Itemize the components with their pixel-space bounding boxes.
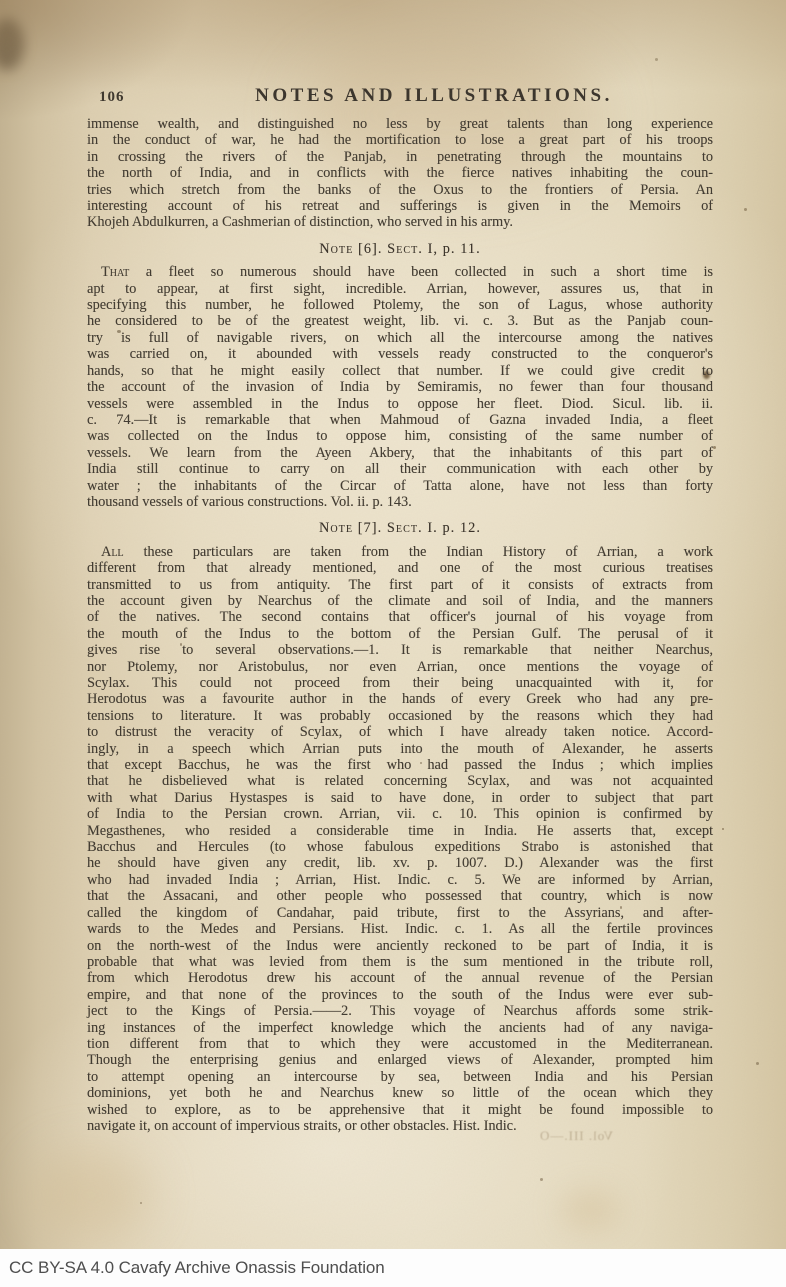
paper-stain	[0, 18, 24, 70]
text-line: Herodotus was a favourite author in the …	[87, 691, 713, 707]
paper-speck	[540, 1178, 543, 1181]
scanned-book-page: 106 NOTES AND ILLUSTRATIONS. immense wea…	[0, 0, 786, 1287]
paper-grain-texture	[0, 0, 786, 1249]
text-line: Bacchus and Hercules (to whose fabulous …	[87, 839, 713, 855]
running-header: NOTES AND ILLUSTRATIONS.	[87, 85, 747, 107]
note-heading-smallcaps: Note [7]. Sect. I.	[319, 520, 438, 536]
text-line: Scylax. This could not proceed from thei…	[87, 675, 713, 691]
text-line: was carried on, it abounded with vessels…	[87, 346, 713, 362]
text-line: India still continue to carry on all the…	[87, 461, 713, 477]
paper-stain	[30, 1150, 150, 1240]
text-line: who had invaded India ; Arrian, Hist. In…	[87, 872, 713, 888]
text-line: to distrust the veracity of Scylax, of w…	[87, 724, 713, 740]
page-text: immense wealth, and distinguished no les…	[87, 116, 713, 1134]
text-line: the account given by Nearchus of the cli…	[87, 593, 713, 609]
text-line: ing instances of the imperfect knowledge…	[87, 1020, 713, 1036]
text-line: Though the enterprising genius and enlar…	[87, 1052, 713, 1068]
text-line: ject to the Kings of Persia.——2. This vo…	[87, 1003, 713, 1019]
text-line: try is full of navigable rivers, on whic…	[87, 330, 713, 346]
paragraph-lead-smallcaps: All	[101, 544, 124, 560]
text-line: wished to explore, as to be apprehensive…	[87, 1102, 713, 1118]
paper-background: 106 NOTES AND ILLUSTRATIONS. immense wea…	[0, 0, 786, 1249]
text-line: in the conduct of war, he had the mortif…	[87, 132, 713, 148]
text-line: apt to appear, at first sight, incredibl…	[87, 281, 713, 297]
text-line: Megasthenes, who resided a considerable …	[87, 823, 713, 839]
paragraph: All these particulars are taken from the…	[87, 544, 713, 1135]
paper-speck	[620, 906, 622, 909]
text-line: vessels were assembled in the Indus to o…	[87, 396, 713, 412]
showthrough-text: Vol. III.—O	[516, 1128, 636, 1144]
text-line: hands, so that he might easily collect t…	[87, 363, 713, 379]
text-line: water ; the inhabitants of the Circar of…	[87, 478, 713, 494]
text-line: probable that what was levied from them …	[87, 954, 713, 970]
paper-stain	[560, 1190, 620, 1230]
paper-stain	[300, 40, 600, 190]
text-line: wards to the Medes and Persians. Hist. I…	[87, 921, 713, 937]
text-line: that he disbelieved what is related conc…	[87, 773, 713, 789]
text-line: empire, and that none of the provinces t…	[87, 987, 713, 1003]
paragraph-lead-smallcaps: That	[101, 264, 129, 280]
paper-speck	[420, 762, 422, 764]
text-line: from which Herodotus drew his account of…	[87, 970, 713, 986]
text-line: All these particulars are taken from the…	[87, 544, 713, 560]
text-line: different from that already mentioned, a…	[87, 560, 713, 576]
text-line: to attempt opening an intercourse by sea…	[87, 1069, 713, 1085]
text-line: c. 74.—It is remarkable that when Mahmou…	[87, 412, 713, 428]
text-line: he should have given any credit, lib. xv…	[87, 855, 713, 871]
paper-speck	[180, 643, 182, 646]
text-line: of the natives. The second contains that…	[87, 609, 713, 625]
text-line: tensions to literature. It was probably …	[87, 708, 713, 724]
note-heading-ref: p. 11.	[438, 241, 481, 257]
note-heading-ref: p. 12.	[438, 520, 481, 536]
text-line: gives rise to several observations.—1. I…	[87, 642, 713, 658]
note-heading-smallcaps: Note [6]. Sect. I,	[319, 241, 438, 257]
license-text: CC BY-SA 4.0 Cavafy Archive Onassis Foun…	[0, 1258, 385, 1278]
text-line: the mouth of the Indus to the bottom of …	[87, 626, 713, 642]
text-line: That a fleet so numerous should have bee…	[87, 264, 713, 280]
note-heading: Note [6]. Sect. I, p. 11.	[87, 241, 713, 257]
text-line: transmitted to us from antiquity. The fi…	[87, 577, 713, 593]
text-line: interesting account of his retreat and s…	[87, 198, 713, 214]
paper-speck	[300, 1024, 303, 1027]
paper-speck	[722, 828, 724, 830]
text-line: that except Bacchus, he was the first wh…	[87, 757, 713, 773]
text-line: immense wealth, and distinguished no les…	[87, 116, 713, 132]
text-line: nor Ptolemy, nor Aristobulus, nor even A…	[87, 659, 713, 675]
text-line: of India to the Persian crown. Arrian, v…	[87, 806, 713, 822]
text-line: was collected on the Indus to oppose him…	[87, 428, 713, 444]
text-line: he considered to be of the greatest weig…	[87, 313, 713, 329]
text-line: navigate it, on account of impervious st…	[87, 1118, 713, 1134]
paper-speck	[655, 58, 658, 61]
text-line: tries which stretch from the banks of th…	[87, 182, 713, 198]
paper-speck	[744, 208, 747, 211]
text-line: that the Assacani, and other people who …	[87, 888, 713, 904]
paper-speck	[756, 1062, 759, 1065]
text-line: the account of the invasion of India by …	[87, 379, 713, 395]
text-line: in crossing the rivers of the Panjab, in…	[87, 149, 713, 165]
text-line: ingly, in a speech which Arrian puts int…	[87, 741, 713, 757]
text-line: with what Darius Hystaspes is said to ha…	[87, 790, 713, 806]
paragraph: That a fleet so numerous should have bee…	[87, 264, 713, 510]
text-line: called the kingdom of Candahar, paid tri…	[87, 905, 713, 921]
text-line: tion different from that to which they w…	[87, 1036, 713, 1052]
paper-speck	[713, 446, 716, 449]
text-line: thousand vessels of various construction…	[87, 494, 713, 510]
paragraph: immense wealth, and distinguished no les…	[87, 116, 713, 231]
paper-speck	[703, 371, 710, 379]
text-line: the north of India, and in conflicts wit…	[87, 165, 713, 181]
text-line: Khojeh Abdulkurren, a Cashmerian of dist…	[87, 214, 713, 230]
paper-speck	[692, 702, 695, 706]
text-line: vessels. We learn from the Ayeen Akbery,…	[87, 445, 713, 461]
paper-speck	[140, 1202, 142, 1204]
text-line: specifying this number, he followed Ptol…	[87, 297, 713, 313]
text-line: dominions, yet both he and Nearchus knew…	[87, 1085, 713, 1101]
license-bar: CC BY-SA 4.0 Cavafy Archive Onassis Foun…	[0, 1249, 786, 1287]
text-line: on the north-west of the Indus were anci…	[87, 938, 713, 954]
note-heading: Note [7]. Sect. I. p. 12.	[87, 520, 713, 536]
page-number: 106	[99, 89, 125, 106]
paper-speck	[117, 330, 121, 333]
